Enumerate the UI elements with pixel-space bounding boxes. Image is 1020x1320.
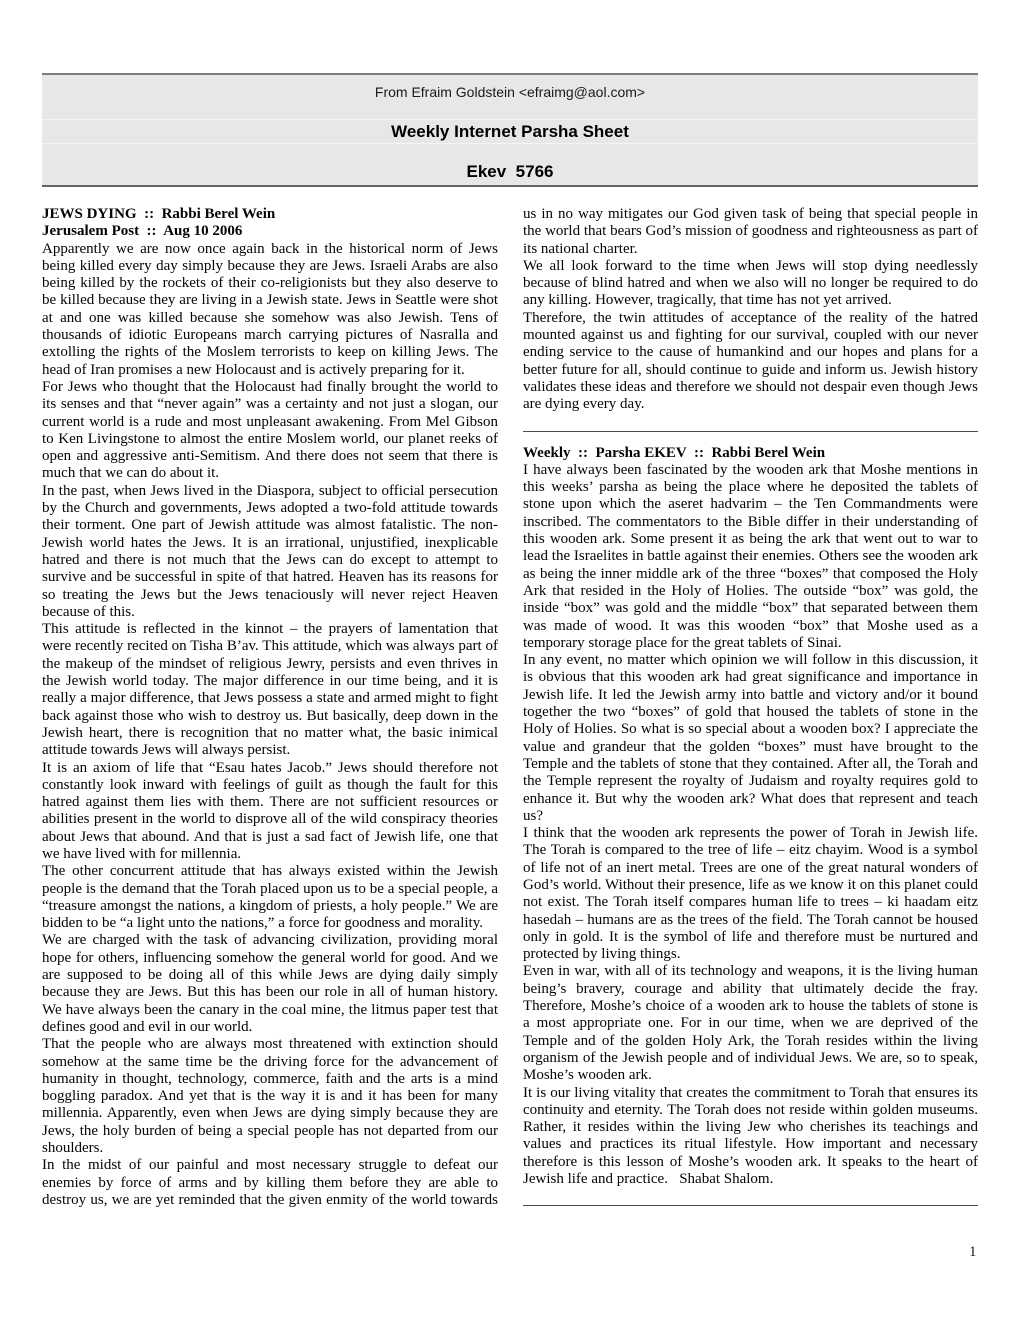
paragraph: In any event, no matter which opinion we…	[523, 652, 978, 825]
paragraph: Therefore, the twin attitudes of accepta…	[523, 310, 978, 414]
paragraph: We are charged with the task of advancin…	[42, 932, 498, 1036]
paragraph: I think that the wooden ark represents t…	[523, 825, 978, 963]
document-page: From Efraim Goldstein <efraimg@aol.com> …	[0, 0, 1020, 1320]
paragraph: It is our living vitality that creates t…	[523, 1085, 978, 1189]
paragraph: This attitude is reflected in the kinnot…	[42, 621, 498, 759]
parsha-edition: Ekev 5766	[467, 162, 554, 182]
paragraph: Even in war, with all of its technology …	[523, 963, 978, 1084]
section-divider	[523, 431, 978, 432]
paragraph: The other concurrent attitude that has a…	[42, 863, 498, 932]
article-heading-parsha-ekev: Weekly :: Parsha EKEV :: Rabbi Berel Wei…	[523, 445, 978, 462]
paragraph: us in no way mitigates our God given tas…	[523, 206, 978, 258]
page-number: 1	[969, 1244, 977, 1261]
paragraph: For Jews who thought that the Holocaust …	[42, 379, 498, 483]
header-edition-row: Ekev 5766	[42, 144, 978, 185]
article-subheading-jerusalem-post: Jerusalem Post :: Aug 10 2006	[42, 223, 498, 240]
paragraph: Apparently we are now once again back in…	[42, 241, 498, 379]
paragraph: In the midst of our painful and most nec…	[42, 1157, 498, 1209]
paragraph: That the people who are always most thre…	[42, 1036, 498, 1157]
header-title-row: Weekly Internet Parsha Sheet	[42, 120, 978, 144]
article-body-parsha-ekev: I have always been fascinated by the woo…	[523, 462, 978, 1188]
document-title: Weekly Internet Parsha Sheet	[391, 122, 629, 142]
paragraph: I have always been fascinated by the woo…	[523, 462, 978, 652]
left-column: JEWS DYING :: Rabbi Berel Wein Jerusalem…	[42, 206, 498, 1209]
document-header: From Efraim Goldstein <efraimg@aol.com> …	[42, 73, 978, 187]
article-heading-jews-dying: JEWS DYING :: Rabbi Berel Wein	[42, 206, 498, 223]
paragraph: We all look forward to the time when Jew…	[523, 258, 978, 310]
paragraph: It is an axiom of life that “Esau hates …	[42, 760, 498, 864]
article-body-continued: us in no way mitigates our God given tas…	[523, 206, 978, 414]
right-column: us in no way mitigates our God given tas…	[523, 206, 978, 1219]
paragraph: In the past, when Jews lived in the Dias…	[42, 483, 498, 621]
article-body-left: Apparently we are now once again back in…	[42, 241, 498, 1210]
header-from-row: From Efraim Goldstein <efraimg@aol.com>	[42, 75, 978, 120]
section-divider	[523, 1205, 978, 1206]
header-from-line: From Efraim Goldstein <efraimg@aol.com>	[375, 84, 645, 100]
